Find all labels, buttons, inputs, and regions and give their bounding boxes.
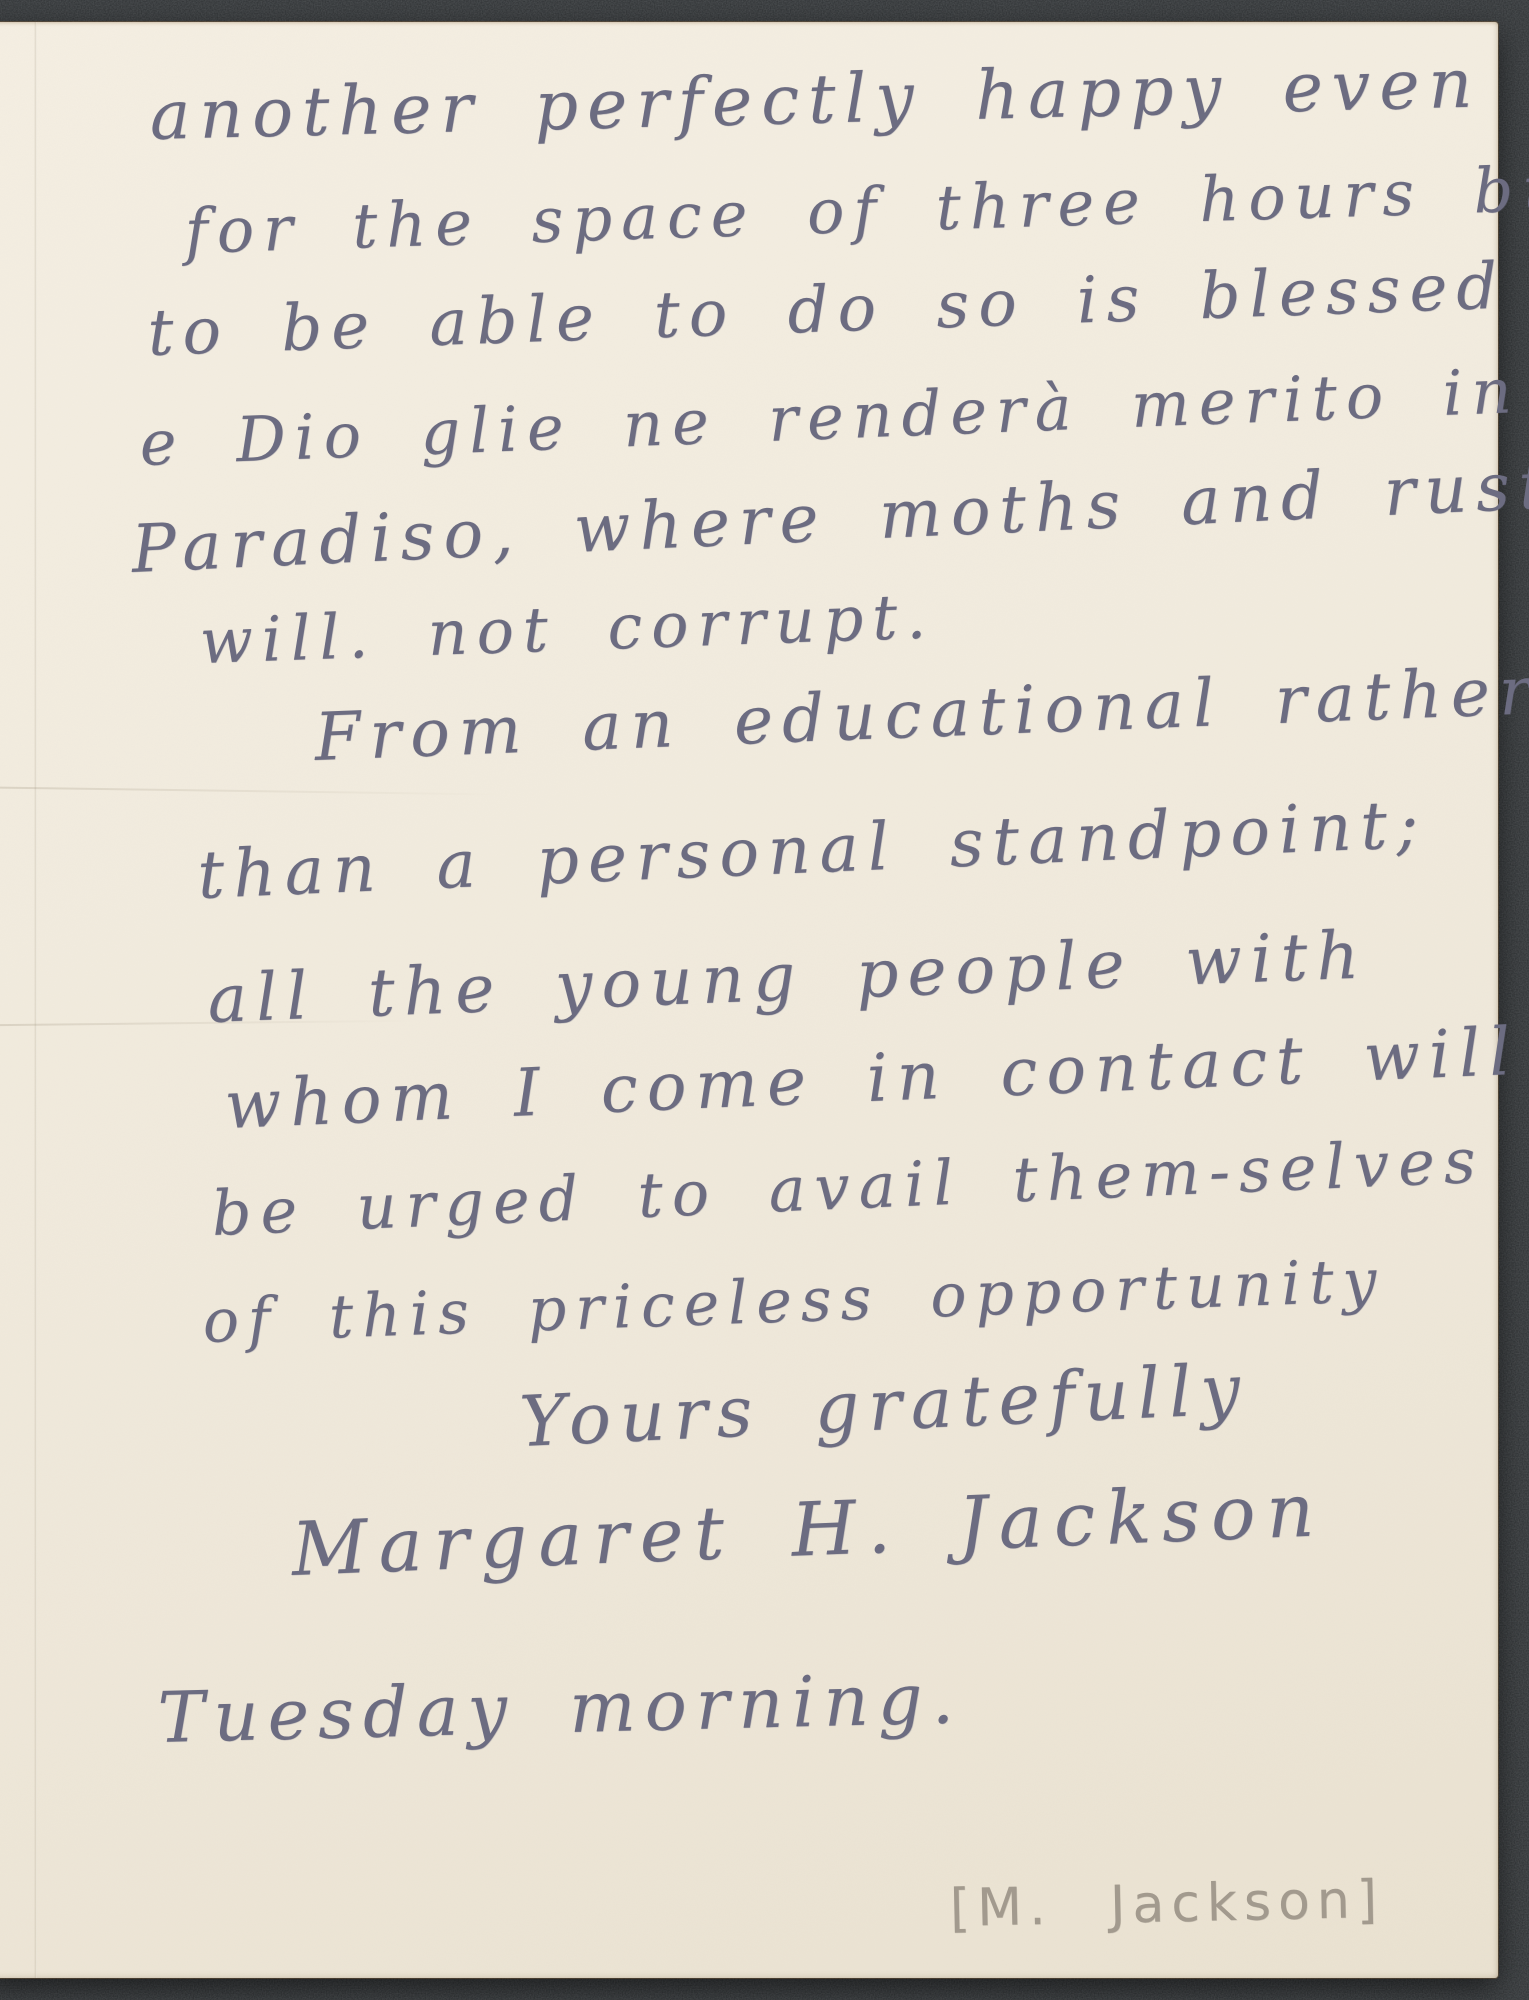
paper-crease-upper [0, 786, 504, 795]
letter-signature: Margaret H. Jackson [290, 1468, 1327, 1593]
letter-dateline: Tuesday morning. [157, 1658, 964, 1758]
letter-line-8: than a personal standpoint; [196, 787, 1429, 914]
letter-paper: another perfectly happy even for the spa… [0, 22, 1498, 1978]
archivist-annotation: [M. Jackson] [949, 1871, 1384, 1940]
photo-background: another perfectly happy even for the spa… [0, 0, 1529, 2000]
paper-fold-crease-vertical [34, 22, 37, 1978]
letter-line-11: be urged to avail them-selves [210, 1125, 1486, 1250]
letter-line-12: of this priceless opportunity [202, 1247, 1387, 1357]
letter-line-1: another perfectly happy even [149, 45, 1482, 156]
letter-line-3: to be able to do so is blessed [146, 251, 1507, 372]
letter-closing: Yours gratefully [518, 1349, 1251, 1463]
letter-line-6: will. not corrupt. [199, 580, 936, 677]
letter-line-7: From an educational rather [313, 653, 1529, 776]
letter-line-2: for the space of three hours but [184, 151, 1529, 267]
letter-line-10: whom I come in contact will [223, 1014, 1521, 1144]
letter-line-9: all the young people with [206, 917, 1369, 1037]
